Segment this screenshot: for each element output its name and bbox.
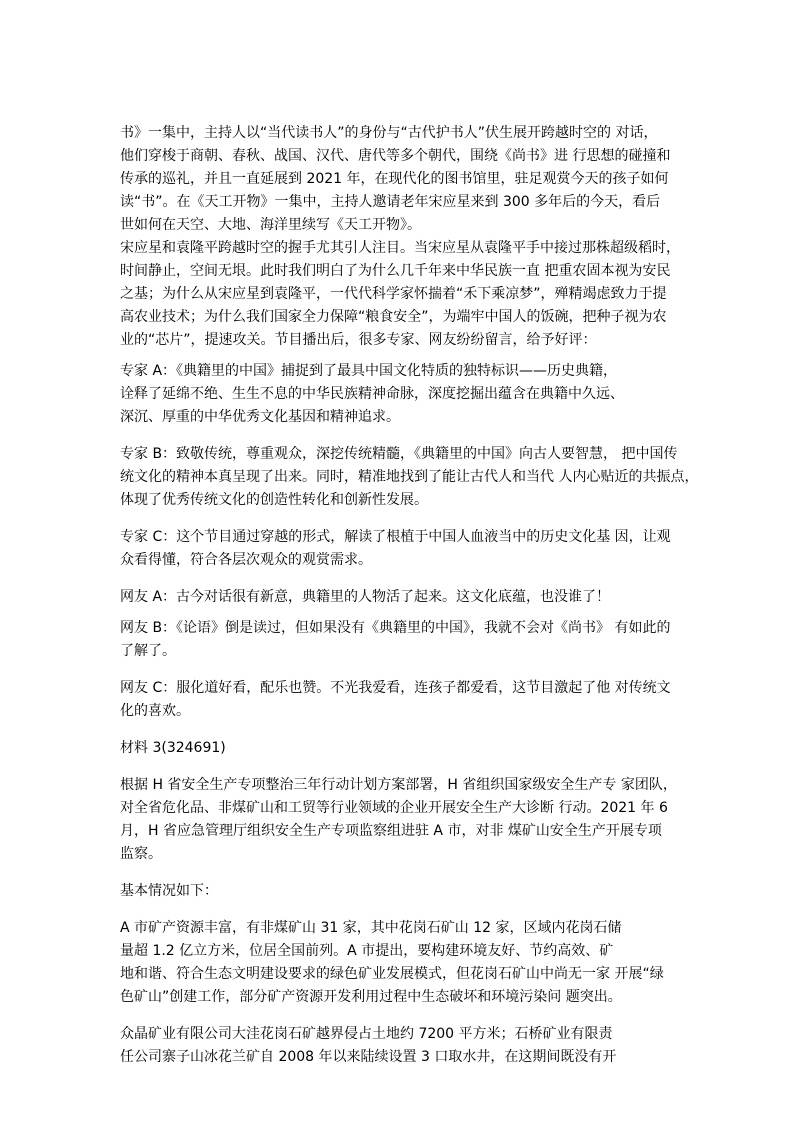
text-line: 根据 H 省安全生产专项整治三年行动计划方案部署，H 省组织国家级安全生产专 家…	[120, 774, 700, 797]
text-line: 对全省危化品、非煤矿山和工贸等行业领域的企业开展安全生产大诊断 行动。2021 …	[120, 797, 700, 820]
text-line: 他们穿梭于商朝、春秋、战国、汉代、唐代等多个朝代，围绕《尚书》进 行思想的碰撞和	[120, 145, 700, 168]
spacer	[120, 866, 700, 880]
spacer	[120, 352, 700, 360]
paragraph-episode-description: 书》一集中，主持人以“当代读书人”的身份与“古代护书人”伏生展开跨越时空的 对话…	[120, 122, 700, 237]
text-line: 宋应星和袁隆平跨越时空的握手尤其引人注目。当宋应星从袁隆平手中接过那株超级稻时，	[120, 237, 700, 260]
text-line: A 市矿产资源丰富，有非煤矿山 31 家，其中花岗石矿山 12 家，区域内花岗石…	[120, 917, 700, 940]
quote-expert-a: 专家 A：《典籍里的中国》捕捉到了最具中国文化特质的独特标识——历史典籍， 诠释…	[120, 360, 700, 429]
text-line: 网友 A：古今对话很有新意，典籍里的人物活了起来。这文化底蕴，也没谁了！	[120, 586, 700, 609]
quote-netizen-a: 网友 A：古今对话很有新意，典籍里的人物活了起来。这文化底蕴，也没谁了！	[120, 586, 700, 609]
text-line: 世如何在天空、大地、海洋里续写《天工开物》。	[120, 214, 700, 237]
text-line: 众晶矿业有限公司大洼花岗石矿越界侵占土地约 7200 平方米；石桥矿业有限责	[120, 1023, 700, 1046]
paragraph-basic-situation-label: 基本情况如下：	[120, 880, 700, 903]
text-line: 众看得懂，符合各层次观众的观赏需求。	[120, 549, 700, 572]
spacer	[120, 572, 700, 586]
spacer	[120, 903, 700, 917]
spacer	[120, 723, 700, 737]
text-line: 任公司寨子山冰花兰矿自 2008 年以来陆续设置 3 口取水井，在这期间既没有开	[120, 1046, 700, 1069]
text-line: 基本情况如下：	[120, 880, 700, 903]
text-line: 高农业技术；为什么我们国家全力保障“粮食安全”，为端牢中国人的饭碗，把种子视为农	[120, 306, 700, 329]
text-line: 色矿山”创建工作，部分矿产资源开发利用过程中生态破坏和环境污染问 题突出。	[120, 986, 700, 1009]
text-line: 业的“芯片”，提速攻关。节目播出后，很多专家、网友纷纷留言，给予好评：	[120, 329, 700, 352]
text-line: 化的喜欢。	[120, 700, 700, 723]
text-line: 量超 1.2 亿立方米，位居全国前列。A 市提出，要构建环境友好、节约高效、矿	[120, 940, 700, 963]
text-line: 地和谐、符合生态文明建设要求的绿色矿业发展模式，但花岗石矿山中尚无一家 开展“绿	[120, 963, 700, 986]
text-line: 专家 C：这个节目通过穿越的形式，解读了根植于中国人血液当中的历史文化基 因，让…	[120, 526, 700, 549]
quote-netizen-b: 网友 B：《论语》倒是读过，但如果没有《典籍里的中国》，我就不会对《尚书》 有如…	[120, 617, 700, 663]
paragraph-handshake: 宋应星和袁隆平跨越时空的握手尤其引人注目。当宋应星从袁隆平手中接过那株超级稻时，…	[120, 237, 700, 352]
quote-expert-b: 专家 B：致敬传统，尊重观众，深挖传统精髓，《典籍里的中国》向古人要智慧， 把中…	[120, 443, 700, 512]
quote-expert-c: 专家 C：这个节目通过穿越的形式，解读了根植于中国人血液当中的历史文化基 因，让…	[120, 526, 700, 572]
text-line: 专家 A：《典籍里的中国》捕捉到了最具中国文化特质的独特标识——历史典籍，	[120, 360, 700, 383]
document-page: 书》一集中，主持人以“当代读书人”的身份与“古代护书人”伏生展开跨越时空的 对话…	[120, 122, 700, 1069]
text-line: 诠释了延绵不绝、生生不息的中华民族精神命脉，深度挖掘出蕴含在典籍中久远、	[120, 383, 700, 406]
text-line: 网友 C：服化道好看，配乐也赞。不光我爱看，连孩子都爱看，这节目激起了他 对传统…	[120, 677, 700, 700]
spacer	[120, 512, 700, 526]
text-line: 传承的巡礼，并且一直延展到 2021 年，在现代化的图书馆里，驻足观赏今天的孩子…	[120, 168, 700, 191]
text-line: 深沉、厚重的中华优秀文化基因和精神追求。	[120, 406, 700, 429]
section-heading-material-3: 材料 3(324691)	[120, 737, 700, 760]
text-line: 时间静止，空间无垠。此时我们明白了为什么几千年来中华民族一直 把重农固本视为安民	[120, 260, 700, 283]
quote-netizen-c: 网友 C：服化道好看，配乐也赞。不光我爱看，连孩子都爱看，这节目激起了他 对传统…	[120, 677, 700, 723]
spacer	[120, 429, 700, 443]
spacer	[120, 663, 700, 677]
text-line: 之基；为什么从宋应星到袁隆平，一代代科学家怀揣着“禾下乘凉梦”，殚精竭虑致力于提	[120, 283, 700, 306]
paragraph-safety-inspection: 根据 H 省安全生产专项整治三年行动计划方案部署，H 省组织国家级安全生产专 家…	[120, 774, 700, 866]
text-line: 了解了。	[120, 640, 700, 663]
paragraph-violations: 众晶矿业有限公司大洼花岗石矿越界侵占土地约 7200 平方米；石桥矿业有限责 任…	[120, 1023, 700, 1069]
text-line: 专家 B：致敬传统，尊重观众，深挖传统精髓，《典籍里的中国》向古人要智慧， 把中…	[120, 443, 700, 466]
text-line: 读“书”。在《天工开物》一集中，主持人邀请老年宋应星来到 300 多年后的今天，…	[120, 191, 700, 214]
text-line: 体现了优秀传统文化的创造性转化和创新性发展。	[120, 489, 700, 512]
spacer	[120, 609, 700, 617]
text-line: 月，H 省应急管理厅组织安全生产专项监察组进驻 A 市，对非 煤矿山安全生产开展…	[120, 820, 700, 843]
paragraph-mineral-resources: A 市矿产资源丰富，有非煤矿山 31 家，其中花岗石矿山 12 家，区域内花岗石…	[120, 917, 700, 1009]
heading-text: 材料 3(324691)	[120, 737, 700, 760]
text-line: 监察。	[120, 843, 700, 866]
text-line: 统文化的精神本真呈现了出来。同时，精准地找到了能让古代人和当代 人内心贴近的共振…	[120, 466, 700, 489]
spacer	[120, 760, 700, 774]
text-line: 书》一集中，主持人以“当代读书人”的身份与“古代护书人”伏生展开跨越时空的 对话…	[120, 122, 700, 145]
spacer	[120, 1009, 700, 1023]
text-line: 网友 B：《论语》倒是读过，但如果没有《典籍里的中国》，我就不会对《尚书》 有如…	[120, 617, 700, 640]
